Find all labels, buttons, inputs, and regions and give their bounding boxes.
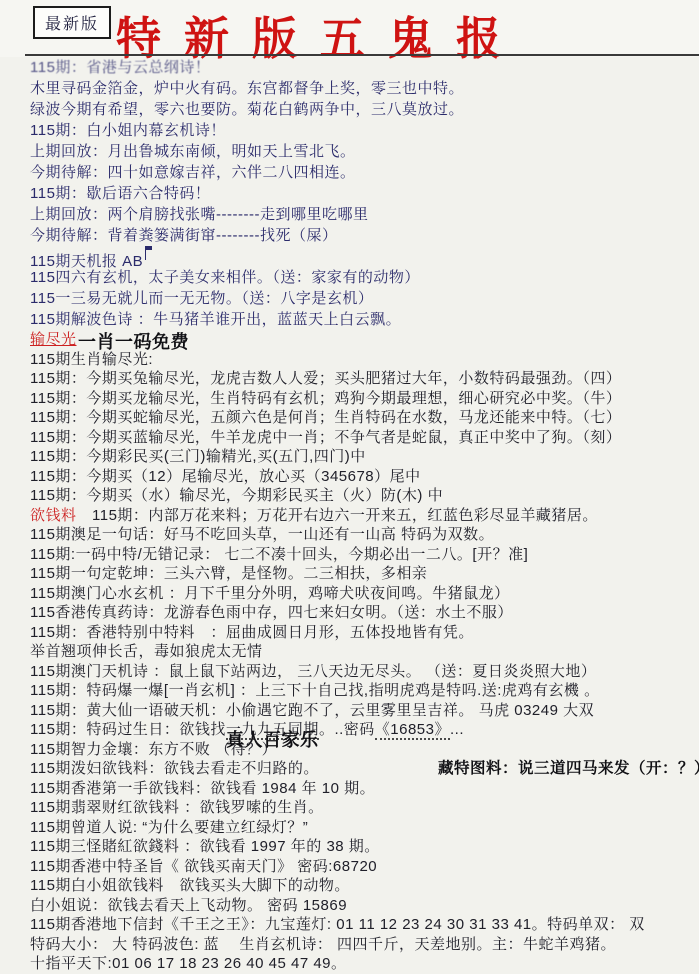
text-line: 115期智力金壤：东方不败 （待？）真人百家乐 [30, 740, 699, 760]
text-segment: 115期三怪賭紅欲錢料 ：欲钱看 1997 年的 38 期。 [30, 838, 380, 855]
text-line: 115期：香港特别中特料 ：屈曲成圆日月形，五体投地皆有凭。 [30, 623, 699, 643]
text-line: 115期：今期买龙输尽光，生肖特码有玄机；鸡狗今期最理想，细心研究必中奖。（牛） [30, 389, 699, 409]
text-line: 特码大小： 大 特码波色: 蓝 生肖玄机诗： 四四千斤，天差地别。主：牛蛇羊鸡猪… [30, 935, 699, 955]
text-segment: 115期翡翠财红欲钱料 ：欲钱罗嗦的生肖。 [30, 799, 324, 816]
text-line: 举首翘项伸长舌，毒如狼虎太无情 [30, 642, 699, 662]
text-line: 十指平天下:01 06 17 18 23 26 40 45 47 49。 [30, 954, 699, 974]
text-segment: 115期：今期买（水）输尽光，今期彩民买主（火）防(木) 中 [30, 487, 443, 504]
text-line: 115期一句定乾坤：三头六臂，是怪物。二三相扶，多相亲 [30, 564, 699, 584]
text-line: 115期:一码中特/无错记录： 七二不凑十回头，今期必出一二八。[开？准] [30, 545, 699, 565]
text-segment: 特码大小： 大 特码波色: 蓝 生肖玄机诗： 四四千斤，天差地别。主：牛蛇羊鸡猪… [30, 936, 616, 953]
text-segment: 白小姐说：欲钱去看天上飞动物。 密码 15869 [30, 897, 347, 914]
text-segment: 115期：今期买龙输尽光，生肖特码有玄机；鸡狗今期最理想，细心研究必中奖。（牛） [30, 390, 621, 407]
text-segment: 115期香港地下信封《千王之王》：九宝莲灯: 01 11 12 23 24 30… [30, 916, 645, 933]
text-line: 115期澳门心水玄机 ：月下千里分外明，鸡啼犬吠夜间鸣。牛猪鼠龙） [30, 584, 699, 604]
edition-badge: 最新版 [33, 6, 111, 39]
text-segment: 115期：今期买蛇输尽光，五颜六色是何肖；生肖特码在水数，马龙还能来中特。（七） [30, 409, 621, 426]
text-segment: 115期：省港与云总纲诗！ [30, 59, 210, 76]
text-line: 上期回放：月出鲁城东南倾，明如天上雪北飞。 [30, 141, 699, 162]
text-line: 115期生肖输尽光: [30, 350, 699, 370]
label-yuqianliao: 欲钱料 [30, 507, 77, 524]
text-segment: 115一三易无就儿而一无无物。（送：八字是玄机） [30, 290, 373, 307]
text-line: 115期：今期买（水）输尽光，今期彩民买主（火）防(木) 中 [30, 486, 699, 506]
text-segment: 115期一句定乾坤：三头六臂，是怪物。二三相扶，多相亲 [30, 565, 427, 582]
text-segment: 绿波今期有希望，零六也要防。菊花白鹤两争中，三八莫放过。 [30, 101, 464, 118]
text-segment: 上期回放：月出鲁城东南倾，明如天上雪北飞。 [30, 143, 356, 160]
text-segment: ... [450, 721, 464, 738]
text-segment: 115期解波色诗 ：牛马猪羊谁开出，蓝蓝天上白云飘。 [30, 311, 401, 328]
bold-overlay-zhenren-baijiale: 真人百家乐 [226, 731, 319, 751]
text-line: 115期香港地下信封《千王之王》：九宝莲灯: 01 11 12 23 24 30… [30, 915, 699, 935]
text-line: 115期泼妇欲钱料：欲钱去看走不归路的。藏特图料：说三道四马来发（开：？） [30, 759, 699, 779]
text-line: 上期回放：两个肩膀找张嘴--------走到哪里吃哪里 [30, 204, 699, 225]
cursor-flag-icon [145, 246, 152, 260]
text-segment: 上期回放：两个肩膀找张嘴--------走到哪里吃哪里 [30, 206, 368, 223]
text-line: 115期：黄大仙一语破天机：小偷遇它跑不了，云里雾里呈吉祥。 马虎 03249 … [30, 701, 699, 721]
text-line: 115期：白小姐内幕玄机诗！ [30, 120, 699, 141]
text-segment: 115期香港第一手欲钱料：欲钱看 1984 年 10 期。 [30, 780, 375, 797]
text-segment: 115期：今期买兔输尽光，龙虎吉数人人爱；买头肥猪过大年，小数特码最强劲。（四） [30, 370, 621, 387]
text-line: 115四六有玄机，太子美女来相伴。（送：家家有的动物） [30, 267, 699, 288]
text-segment: 今期待解：背着粪篓满街窜--------找死（屎） [30, 227, 337, 244]
text-segment: 115四六有玄机，太子美女来相伴。（送：家家有的动物） [30, 269, 420, 286]
text-segment: 115期澳门心水玄机 ：月下千里分外明，鸡啼犬吠夜间鸣。牛猪鼠龙） [30, 585, 510, 602]
text-segment: 115期：黄大仙一语破天机：小偷遇它跑不了，云里雾里呈吉祥。 马虎 03249 … [30, 702, 594, 719]
text-segment: 115期生肖输尽光: [30, 351, 153, 368]
text-segment: 115期：白小姐内幕玄机诗！ [30, 122, 226, 139]
text-line: 115期翡翠财红欲钱料 ：欲钱罗嗦的生肖。 [30, 798, 699, 818]
text-segment: 115期：今期买蓝输尽光，牛羊龙虎中一肖；不争气者是蛇鼠，真正中奖中了狗。（刻） [30, 429, 621, 446]
text-line: 欲钱料 115期：内部万花来料；万花开右边六一开来五，红蓝色彩尽显羊藏猪居。 [30, 506, 699, 526]
text-line: 115期：今期买蛇输尽光，五颜六色是何肖；生肖特码在水数，马龙还能来中特。（七） [30, 408, 699, 428]
text-segment: 今期待解：四十如意嫁吉祥，六伴二八四相连。 [30, 164, 356, 181]
text-line: 115期天机报 AB [30, 246, 699, 267]
text-segment: 115期白小姐欲钱料 欲钱买头大脚下的动物。 [30, 877, 350, 894]
text-segment: 115期澳足一句话：好马不吃回头草，一山还有一山高 特码为双数。 [30, 526, 494, 543]
text-line: 今期待解：四十如意嫁吉祥，六伴二八四相连。 [30, 162, 699, 183]
text-segment: 十指平天下:01 06 17 18 23 26 40 45 47 49。 [30, 955, 347, 972]
text-line: 绿波今期有希望，零六也要防。菊花白鹤两争中，三八莫放过。 [30, 99, 699, 120]
text-segment: 115期:一码中特/无错记录： 七二不凑十回头，今期必出一二八。[开？准] [30, 546, 528, 563]
text-line: 115期：省港与云总纲诗！ [30, 57, 699, 78]
text-line: 115期：今期彩民买(三门)输精光,买(五门,四门)中 [30, 447, 699, 467]
text-line: 115香港传真药诗：龙游春色雨中存，四七来妇女明。（送：水土不服） [30, 603, 699, 623]
text-segment: 115期泼妇欲钱料：欲钱去看走不归路的。 [30, 760, 319, 777]
text-line: 白小姐说：欲钱去看天上飞动物。 密码 15869 [30, 896, 699, 916]
text-line: 115期解波色诗 ：牛马猪羊谁开出，蓝蓝天上白云飘。 [30, 309, 699, 330]
text-segment: 《16853》 [375, 721, 450, 740]
text-line: 115期澳门天机诗 ：鼠上鼠下站两边， 三八天边无尽头。 （送：夏日炎炎照大地） [30, 662, 699, 682]
text-line: 115期：今期买兔输尽光，龙虎吉数人人爱；买头肥猪过大年，小数特码最强劲。（四） [30, 369, 699, 389]
text-segment: 举首翘项伸长舌，毒如狼虎太无情 [30, 643, 263, 660]
page-header: 最新版 特新版五鬼报 [0, 0, 699, 57]
text-segment: 木里寻码金箔金，炉中火有码。东宫都督争上奖，零三也中特。 [30, 80, 464, 97]
text-segment: 115期曾道人说: “为什么要建立红绿灯？” [30, 819, 308, 836]
text-segment: 115期澳门天机诗 ：鼠上鼠下站两边， 三八天边无尽头。 （送：夏日炎炎照大地） [30, 663, 596, 680]
text-line: 115期：今期买蓝输尽光，牛羊龙虎中一肖；不争气者是蛇鼠，真正中奖中了狗。（刻） [30, 428, 699, 448]
text-line: 115期：特码爆一爆[一肖玄机] ：上三下十自己找,指明虎鸡是特吗.送:虎鸡有玄… [30, 681, 699, 701]
header-divider [25, 54, 699, 56]
text-segment: 115期：今期买（12）尾输尽光，放心买（345678）尾中 [30, 468, 421, 485]
text-line: 115期曾道人说: “为什么要建立红绿灯？” [30, 818, 699, 838]
text-segment: 115期：歇后语六合特码！ [30, 185, 210, 202]
document-body: 115期：省港与云总纲诗！木里寻码金箔金，炉中火有码。东宫都督争上奖，零三也中特… [0, 57, 699, 974]
text-segment: 。..密码 [319, 721, 375, 738]
text-line: 木里寻码金箔金，炉中火有码。东宫都督争上奖，零三也中特。 [30, 78, 699, 99]
text-line: 115期：特码过生日：欲钱找一九九五同期。..密码《16853》... [30, 720, 699, 740]
text-line: 115期：歇后语六合特码！ [30, 183, 699, 204]
text-segment: 115期：今期彩民买(三门)输精光,买(五门,四门)中 [30, 448, 366, 465]
text-line: 今期待解：背着粪篓满街窜--------找死（屎） [30, 225, 699, 246]
text-segment: 115期：香港特别中特料 ：屈曲成圆日月形，五体投地皆有凭。 [30, 624, 474, 641]
text-segment: 115期：特码过生日：欲钱找 [30, 721, 226, 738]
text-line: 115期三怪賭紅欲錢料 ：欲钱看 1997 年的 38 期。 [30, 837, 699, 857]
text-segment: 115期：内部万花来料；万花开右边六一开来五，红蓝色彩尽显羊藏猪居。 [77, 507, 598, 524]
text-line: 115期白小姐欲钱料 欲钱买头大脚下的动物。 [30, 876, 699, 896]
text-line: 115一三易无就儿而一无无物。（送：八字是玄机） [30, 288, 699, 309]
text-segment: 115香港传真药诗：龙游春色雨中存，四七来妇女明。（送：水土不服） [30, 604, 513, 621]
text-line: 115期香港第一手欲钱料：欲钱看 1984 年 10 期。 [30, 779, 699, 799]
text-line: 115期澳足一句话：好马不吃回头草，一山还有一山高 特码为双数。 [30, 525, 699, 545]
text-segment: 115期香港中特圣旨《 欲钱买南天门》 密码:68720 [30, 858, 377, 875]
text-segment: 115期：特码爆一爆[一肖玄机] ：上三下十自己找,指明虎鸡是特吗.送:虎鸡有玄… [30, 682, 600, 699]
bold-overlay-cangte-tuliao: 藏特图料：说三道四马来发（开：？） [438, 759, 699, 779]
text-line: 115期：今期买（12）尾输尽光，放心买（345678）尾中 [30, 467, 699, 487]
text-line: 输尽光一肖一码免费 [30, 330, 699, 350]
label-shujinguang: 输尽光 [30, 331, 77, 348]
text-line: 115期香港中特圣旨《 欲钱买南天门》 密码:68720 [30, 857, 699, 877]
